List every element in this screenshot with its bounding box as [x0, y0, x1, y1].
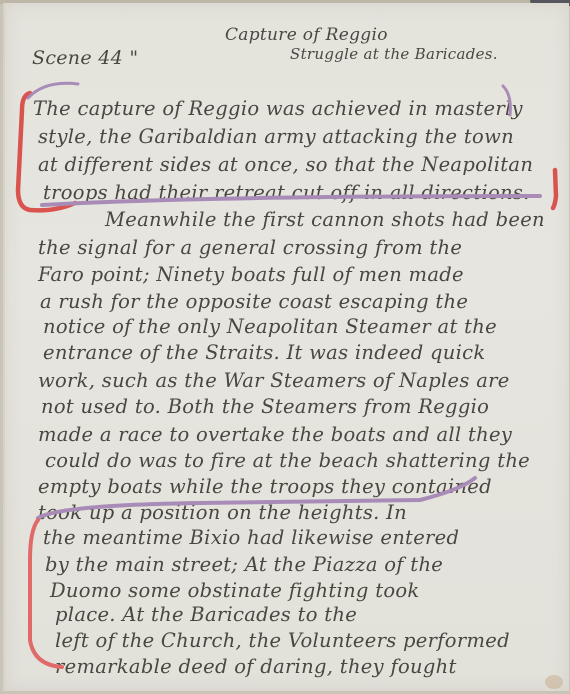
text-line: empty boats while the troops they contai…: [38, 475, 492, 498]
page-subtitle: Struggle at the Baricades.: [290, 45, 498, 63]
text-line: by the main street; At the Piazza of the: [45, 553, 443, 576]
scene-label: Scene 44 ": [32, 47, 138, 69]
text-line: remarkable deed of daring, they fought: [55, 655, 457, 678]
text-line: the meantime Bixio had likewise entered: [43, 526, 459, 549]
text-line: could do was to fire at the beach shatte…: [45, 449, 530, 472]
text-line: not used to. Both the Steamers from Regg…: [41, 395, 489, 418]
text-line: the signal for a general crossing from t…: [38, 236, 462, 259]
page-title: Capture of Reggio: [225, 25, 388, 45]
text-line: entrance of the Straits. It was indeed q…: [43, 341, 486, 364]
text-line: made a race to overtake the boats and al…: [38, 423, 512, 446]
text-line: work, such as the War Steamers of Naples…: [38, 369, 510, 392]
text-line: left of the Church, the Volunteers perfo…: [55, 629, 510, 652]
text-line: The capture of Reggio was achieved in ma…: [33, 97, 523, 120]
manuscript-page: Scene 44 " Capture of Reggio Struggle at…: [3, 3, 569, 691]
text-line: Faro point; Ninety boats full of men mad…: [38, 263, 464, 286]
text-line: at different sides at once, so that the …: [38, 153, 533, 176]
text-line: place. At the Baricades to the: [55, 603, 357, 626]
paper-stain: [545, 675, 563, 689]
text-line: Meanwhile the first cannon shots had bee…: [105, 208, 545, 231]
text-line: notice of the only Neapolitan Steamer at…: [43, 315, 497, 338]
text-line: style, the Garibaldian army attacking th…: [38, 125, 514, 148]
text-line: a rush for the opposite coast escaping t…: [40, 290, 468, 313]
text-line: Duomo some obstinate fighting took: [50, 579, 420, 602]
text-line: troops had their retreat cut off in all …: [43, 181, 530, 204]
text-line: took up a position on the heights. In: [38, 501, 407, 524]
